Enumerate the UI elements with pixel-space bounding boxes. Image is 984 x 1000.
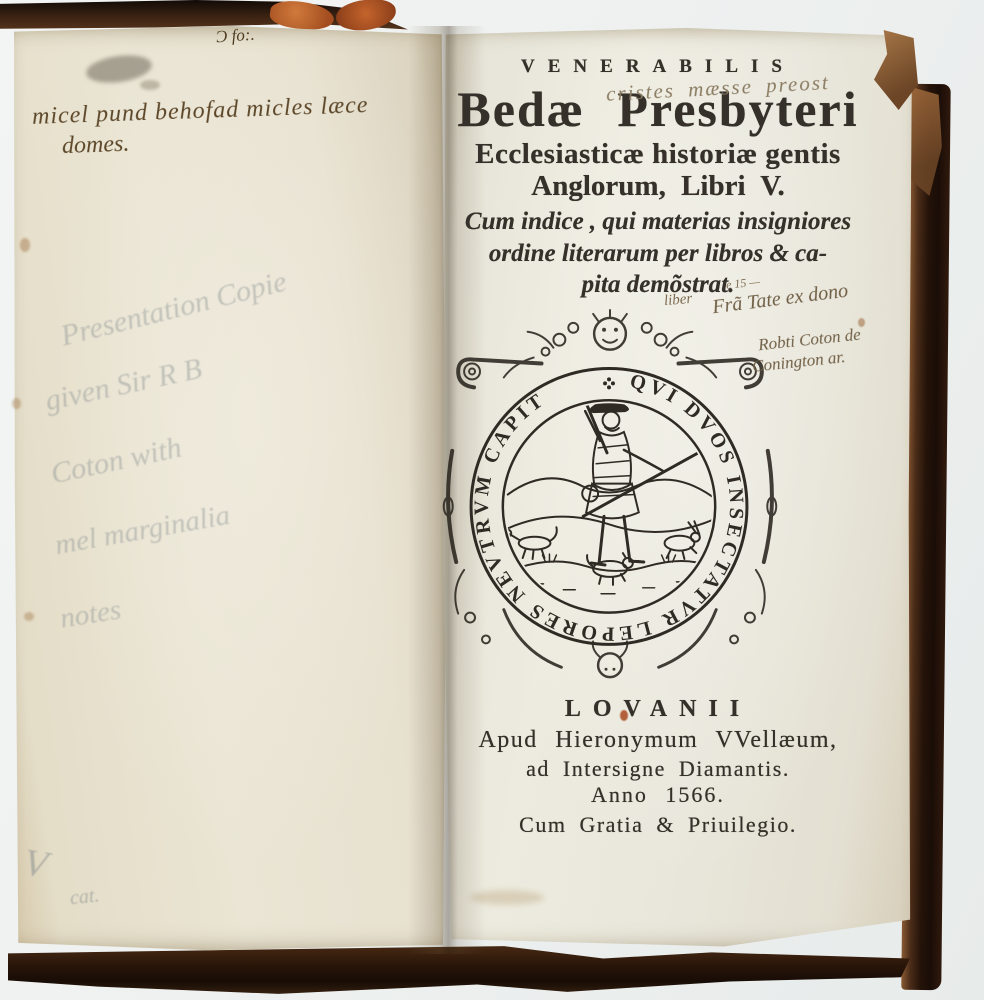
background-hills [508, 478, 712, 496]
left-flyleaf-page [14, 26, 446, 954]
hunter-scene [502, 391, 716, 593]
binding-bottom-edge [8, 944, 910, 996]
subtitle-line2: Anglorum, Libri V. [433, 170, 883, 203]
imprint-privilege: Cum Gratia & Priuilegio. [433, 812, 883, 838]
ox-mask-icon [593, 641, 627, 677]
printers-device-woodcut: QVI DVOS INSECTATVR LEPORES NEVTRVM CAPI… [433, 302, 787, 694]
index-note-line1: Cum indice , qui materias insigniores [433, 208, 883, 236]
device-inner-ring [503, 400, 715, 612]
index-note-line2: ordine literarum per libros & ca- [433, 240, 883, 268]
top-ink-mark: Ɔ fo:. [215, 25, 255, 48]
old-english-inscription-line2: domes. [62, 131, 130, 160]
ring-top-ornament-icon [603, 377, 615, 389]
imprint-place: LOVANII [433, 696, 883, 723]
imprint-year: Anno 1566. [433, 782, 883, 808]
photograph-of-open-book: Ɔ fo:. micel pund behofad micles læce do… [0, 0, 984, 1000]
pencil-cat-note: cat. [69, 885, 101, 911]
leather-damage-patch [269, 0, 336, 33]
lion-mask-icon [593, 310, 627, 350]
liber-note: liber [663, 291, 693, 310]
imprint-publisher: Apud Hieronymum VVellæum, [433, 727, 883, 754]
subtitle-line1: Ecclesiasticæ historiæ gentis [433, 138, 883, 171]
imprint-shop-sign: ad Intersigne Diamantis. [433, 756, 883, 782]
